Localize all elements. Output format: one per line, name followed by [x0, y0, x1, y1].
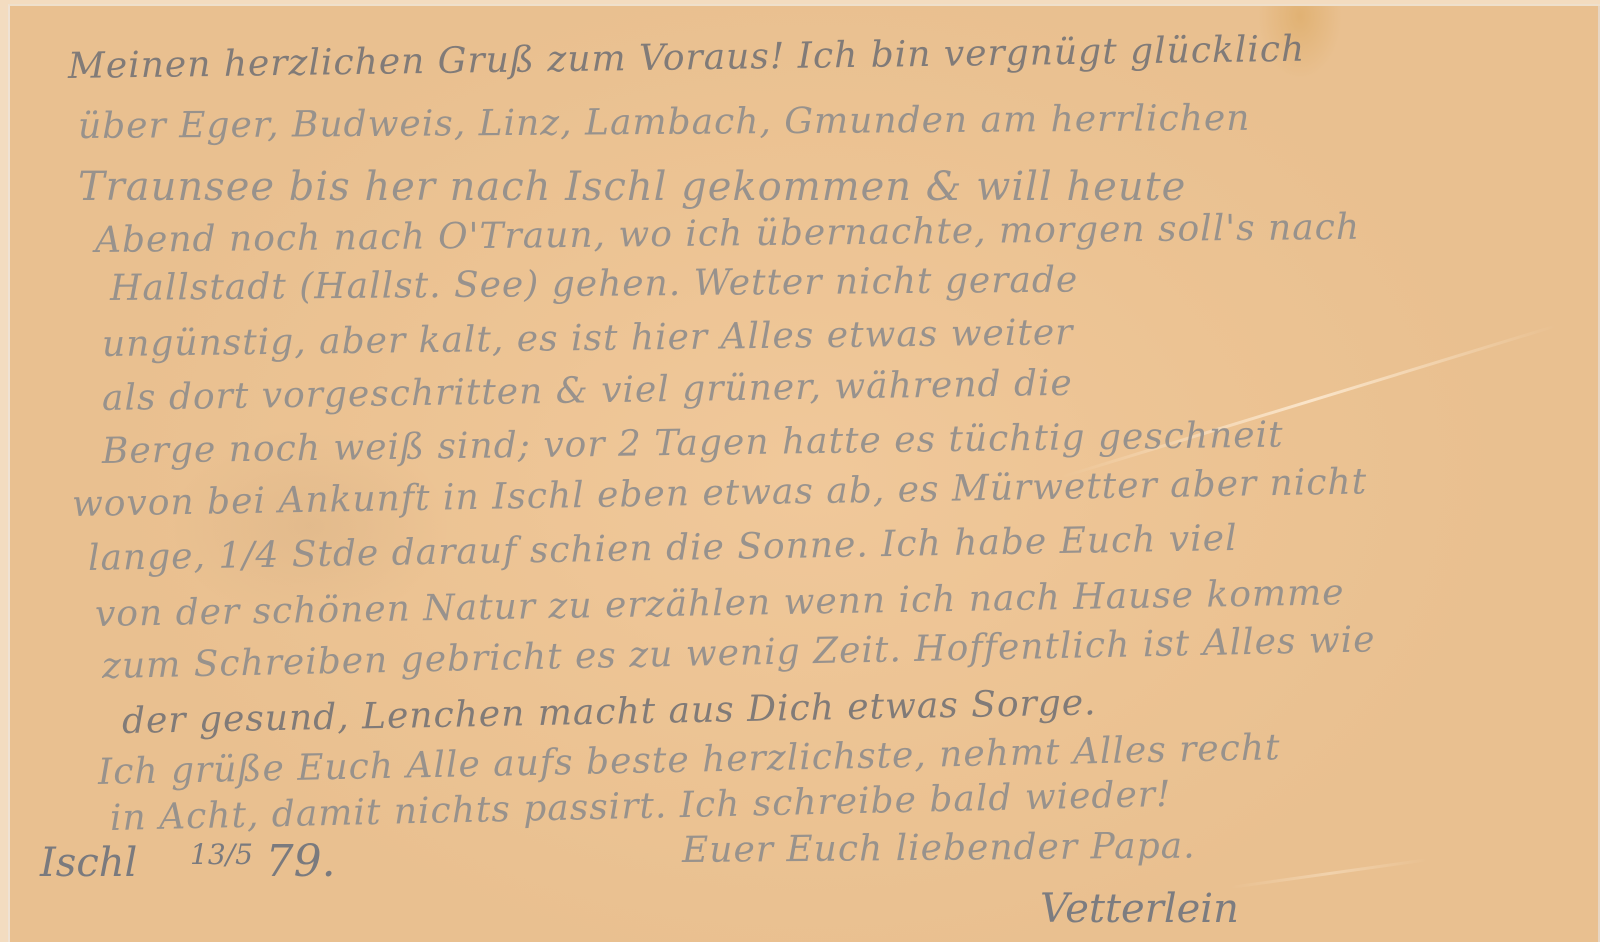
signature: Vetterlein: [1040, 886, 1239, 932]
letter-line-7: als dort vorgeschritten & viel grüner, w…: [102, 363, 1073, 419]
letter-line-2: über Eger, Budweis, Linz, Lambach, Gmund…: [78, 98, 1251, 147]
place-name: Ischl: [40, 840, 137, 886]
letter-line-8: Berge noch weiß sind; vor 2 Tagen hatte …: [102, 415, 1284, 472]
letter-line-9: wovon bei Ankunft in Ischl eben etwas ab…: [72, 461, 1368, 525]
letter-line-6: ungünstig, aber kalt, es ist hier Alles …: [102, 312, 1074, 365]
date-year: 79.: [266, 836, 336, 887]
date-day-month: 13/5: [190, 838, 253, 871]
postcard: Meinen herzlichen Gruß zum Voraus! Ich b…: [8, 4, 1600, 940]
letter-line-1: Meinen herzlichen Gruß zum Voraus! Ich b…: [68, 29, 1306, 87]
paper-crease: [1230, 858, 1428, 889]
letter-line-16: Euer Euch liebender Papa.: [682, 826, 1196, 871]
letter-line-4: Abend noch nach O'Traun, wo ich übernach…: [95, 207, 1360, 261]
letter-line-5: Hallstadt (Hallst. See) gehen. Wetter ni…: [110, 260, 1079, 309]
place-and-date: Ischl 13/5 79.: [40, 836, 336, 887]
letter-line-3: Traunsee bis her nach Ischl gekommen & w…: [78, 164, 1186, 210]
letter-line-13: der gesund, Lenchen macht aus Dich etwas…: [122, 682, 1097, 742]
letter-line-10: lange, 1/4 Stde darauf schien die Sonne.…: [88, 518, 1238, 579]
